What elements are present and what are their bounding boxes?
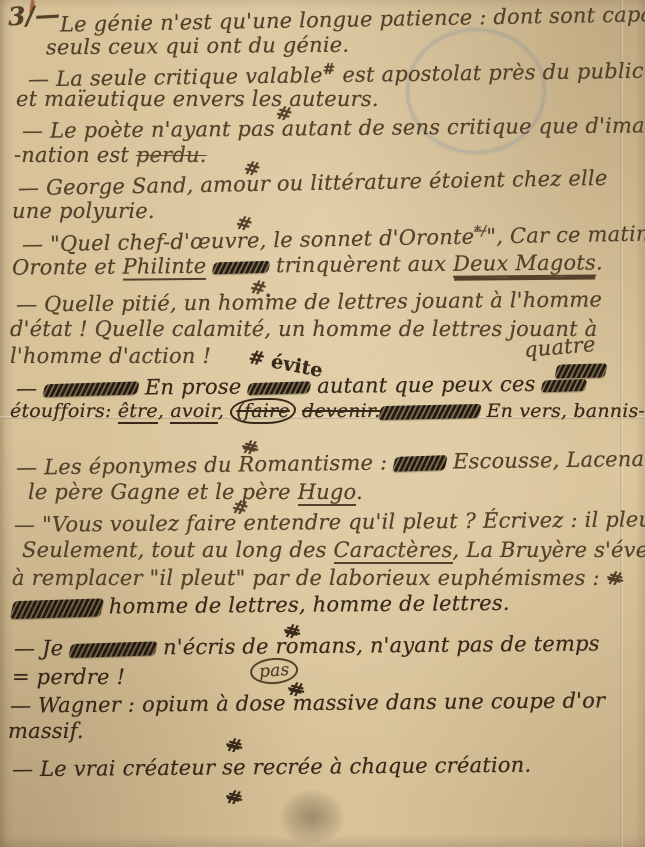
handwritten-text: , La Bruyère s'évertue: [453, 538, 645, 562]
manuscript-line: #: [226, 734, 242, 757]
handwritten-text: Hugo: [298, 480, 356, 506]
manuscript-line: — En prose autant que peux ces: [16, 373, 587, 401]
manuscript-line: — Les éponymes du Romantisme : Escousse,…: [16, 447, 645, 479]
insertion-hash-mark: #: [323, 60, 336, 78]
scribbled-out-word: [10, 598, 104, 619]
manuscript-line: l'homme d'action !: [10, 345, 211, 368]
handwritten-text: */: [474, 223, 486, 239]
handwritten-text: = perdre !: [12, 665, 125, 689]
handwritten-text: d'état ! Quelle calamité, un homme de le…: [10, 317, 597, 341]
handwritten-text: — "Vous voulez faire entendre qu'il pleu…: [14, 507, 645, 537]
insertion-hash-mark: #: [224, 786, 245, 810]
handwritten-text: n'écris de romans, n'ayant pas de temps: [156, 631, 600, 659]
handwritten-text: — Wagner : opium à dose massive dans une…: [10, 688, 605, 717]
handwritten-text: étouffoirs:: [10, 400, 118, 422]
handwritten-text: .: [596, 250, 603, 274]
manuscript-line: #: [226, 786, 242, 809]
handwritten-text: devenir.: [302, 400, 380, 422]
manuscript-line: — Le poète n'ayant pas autant de sens cr…: [22, 114, 645, 143]
manuscript-line: Oronte et Philinte trinquèrent aux Deux …: [12, 251, 603, 279]
handwritten-text: — Les éponymes du Romantisme :: [16, 450, 394, 479]
handwritten-text: En vers, bannis-les,: [480, 400, 645, 422]
handwritten-text: — Quelle pitié, un homme de lettres joua…: [16, 287, 602, 316]
handwritten-text: ,: [158, 400, 170, 422]
handwritten-text: —: [16, 376, 44, 400]
manuscript-line: à remplacer "il pleut" par de laborieux …: [12, 567, 623, 590]
manuscript-line: 3/—: [7, 1, 61, 31]
manuscript-line: = perdre !: [12, 666, 125, 689]
manuscript-line: étouffoirs: être, avoir, (faire devenir.…: [10, 401, 645, 422]
handwritten-text: homme de lettres, homme de lettres.: [102, 591, 510, 619]
manuscript-line: et maïeutique envers les auteurs.: [16, 88, 379, 111]
manuscript-line: — George Sand, amour ou littérature étoi…: [18, 167, 608, 200]
manuscript-line: — "Vous voulez faire entendre qu'il pleu…: [14, 508, 645, 537]
ink-smudge: [280, 790, 344, 844]
handwritten-text: Oronte et: [12, 255, 123, 280]
handwritten-text: -nation est: [14, 143, 136, 167]
manuscript-line: le père Gagne et le père Hugo.: [28, 481, 363, 504]
manuscript-line: d'état ! Quelle calamité, un homme de le…: [10, 318, 597, 341]
manuscript-line: homme de lettres, homme de lettres.: [12, 592, 510, 619]
handwritten-text: — Le vrai créateur se recrée à chaque cr…: [12, 753, 531, 782]
handwritten-text: Philinte: [122, 254, 206, 281]
handwritten-text: Deux Magots: [453, 250, 596, 277]
scribbled-out-word: [379, 404, 483, 420]
handwritten-text: 3/—: [7, 0, 61, 31]
handwritten-text: En prose: [138, 374, 248, 399]
scribbled-out-word: [68, 641, 157, 658]
handwritten-text: perdu.: [136, 143, 207, 167]
scribbled-out-word: [247, 381, 312, 395]
handwritten-text: trinquèrent aux: [269, 252, 453, 278]
handwritten-text: une polyurie.: [12, 199, 155, 223]
scribbled-out-word: [42, 381, 139, 397]
handwritten-text: ,: [218, 400, 230, 422]
manuscript-line: -nation est perdu.: [14, 144, 207, 167]
scribbled-out-word: [392, 455, 447, 472]
manuscript-line: — Le vrai créateur se recrée à chaque cr…: [12, 754, 531, 782]
manuscript-line: une polyurie.: [12, 200, 155, 223]
handwritten-text: — Je: [14, 636, 70, 660]
handwritten-text: l'homme d'action !: [10, 344, 211, 368]
handwritten-text: seuls ceux qui ont du génie.: [46, 33, 349, 60]
manuscript-line: Le génie n'est qu'une longue patience : …: [60, 2, 645, 36]
manuscript-page: 3/—Le génie n'est qu'une longue patience…: [0, 0, 645, 847]
handwritten-text: — Le poète n'ayant pas autant de sens cr…: [22, 113, 645, 143]
handwritten-text: et maïeutique envers les auteurs.: [16, 87, 379, 111]
handwritten-text: autant que peux ces: [310, 372, 542, 398]
manuscript-line: — Wagner : opium à dose massive dans une…: [10, 689, 605, 717]
handwritten-text: Escousse, Lacenaire,: [446, 446, 645, 473]
handwritten-text: (faire: [230, 398, 295, 424]
manuscript-line: — Quelle pitié, un homme de lettres joua…: [16, 288, 602, 316]
insertion-hash-mark: #: [604, 567, 625, 591]
handwritten-text: Le génie n'est qu'une longue patience : …: [60, 1, 645, 36]
manuscript-line: — Je n'écris de romans, n'ayant pas de t…: [14, 632, 600, 660]
scribbled-out-word: [541, 379, 588, 392]
handwritten-text: ", Car ce matin: [486, 222, 645, 249]
handwritten-text: est apostolat près du public: [335, 59, 644, 87]
handwritten-text: être: [118, 400, 158, 424]
scribbled-out-word: [212, 260, 271, 274]
handwritten-text: — George Sand, amour ou littérature étoi…: [18, 166, 608, 200]
handwritten-text: Seulement, tout au long des: [22, 538, 334, 562]
manuscript-line: Seulement, tout au long des Caractères, …: [22, 539, 645, 562]
handwritten-text: Caractères: [334, 538, 453, 564]
handwritten-text: .: [356, 480, 363, 504]
handwritten-text: à remplacer "il pleut" par de laborieux …: [12, 566, 607, 590]
handwritten-text: massif.: [8, 719, 84, 743]
handwritten-text: avoir: [170, 400, 218, 424]
handwritten-text: le père Gagne et le père: [28, 480, 298, 504]
manuscript-line: seuls ceux qui ont du génie.: [46, 34, 349, 60]
manuscript-line: massif.: [8, 720, 84, 743]
